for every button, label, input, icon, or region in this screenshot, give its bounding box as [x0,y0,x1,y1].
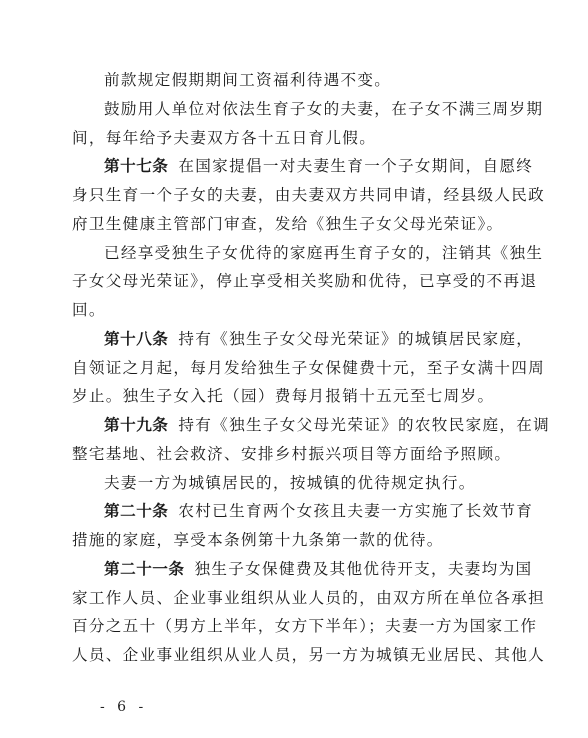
article-heading: 第二十条 [104,502,168,520]
line-text: 子女父母光荣证》，停止享受相关奖励和优待，已享受的不再退 [72,272,537,290]
paragraph-line: 岁止。独生子女入托（园）费每月报销十五元至七周岁。 [72,382,518,411]
paragraph-line: 自领证之月起，每月发给独生子女保健费十元，至子女满十四周 [72,354,518,383]
line-text: 岁止。独生子女入托（园）费每月报销十五元至七周岁。 [72,387,494,405]
paragraph-line: 鼓励用人单位对依法生育子女的夫妻，在子女不满三周岁期 [72,95,518,124]
line-text: 独生子女保健费及其他优待开支，夫妻均为国 [194,560,532,578]
paragraph-line: 夫妻一方为城镇居民的，按城镇的优待规定执行。 [72,469,518,498]
paragraph-line: 身只生育一个子女的夫妻，由夫妻双方共同申请，经县级人民政 [72,181,518,210]
line-text: 措施的家庭，享受本条例第十九条第一款的优待。 [72,531,444,549]
paragraph-line: 前款规定假期期间工资福利待遇不变。 [72,66,518,95]
paragraph-line: 府卫生健康主管部门审查，发给《独生子女父母光荣证》。 [72,210,518,239]
paragraph-line: 第十八条持有《独生子女父母光荣证》的城镇居民家庭， [72,325,518,354]
line-text: 前款规定假期期间工资福利待遇不变。 [104,71,391,89]
line-text: 府卫生健康主管部门审查，发给《独生子女父母光荣证》。 [72,215,503,233]
page-number: - 6 - [100,699,147,715]
paragraph-line: 回。 [72,296,518,325]
paragraph-line: 整宅基地、社会救济、安排乡村振兴项目等方面给予照顾。 [72,440,518,469]
paragraph-line: 第十七条在国家提倡一对夫妻生育一个子女期间，自愿终 [72,152,518,181]
line-text: 农村已生育两个女孩且夫妻一方实施了长效节育 [178,502,533,520]
paragraph-line: 第二十条农村已生育两个女孩且夫妻一方实施了长效节育 [72,497,518,526]
line-text: 回。 [72,301,106,319]
paragraph-line: 已经享受独生子女优待的家庭再生育子女的，注销其《独生 [72,239,518,268]
paragraph-line: 间，每年给予夫妻双方各十五日育儿假。 [72,124,518,153]
line-text: 人员、企业事业组织从业人员，另一方为城镇无业居民、其他人 [72,646,545,664]
line-text: 自领证之月起，每月发给独生子女保健费十元，至子女满十四周 [72,359,545,377]
article-heading: 第十九条 [104,416,168,434]
line-text: 身只生育一个子女的夫妻，由夫妻双方共同申请，经县级人民政 [72,186,545,204]
line-text: 在国家提倡一对夫妻生育一个子女期间，自愿终 [178,157,533,175]
document-page: 前款规定假期期间工资福利待遇不变。 鼓励用人单位对依法生育子女的夫妻，在子女不满… [72,66,518,670]
line-text: 间，每年给予夫妻双方各十五日育儿假。 [72,129,376,147]
paragraph-line: 第二十一条独生子女保健费及其他优待开支，夫妻均为国 [72,555,518,584]
article-heading: 第二十一条 [104,560,184,578]
line-text: 持有《独生子女父母光荣证》的城镇居民家庭， [178,330,533,348]
paragraph-line: 措施的家庭，享受本条例第十九条第一款的优待。 [72,526,518,555]
paragraph-line: 子女父母光荣证》，停止享受相关奖励和优待，已享受的不再退 [72,267,518,296]
paragraph-line: 百分之五十（男方上半年，女方下半年）；夫妻一方为国家工作 [72,612,518,641]
line-text: 整宅基地、社会救济、安排乡村振兴项目等方面给予照顾。 [72,445,511,463]
line-text: 夫妻一方为城镇居民的，按城镇的优待规定执行。 [104,474,476,492]
line-text: 百分之五十（男方上半年，女方下半年）；夫妻一方为国家工作 [72,617,537,635]
line-text: 家工作人员、企业事业组织从业人员的，由双方所在单位各承担 [72,589,545,607]
article-heading: 第十七条 [104,157,168,175]
paragraph-line: 家工作人员、企业事业组织从业人员的，由双方所在单位各承担 [72,584,518,613]
line-text: 已经享受独生子女优待的家庭再生育子女的，注销其《独生 [104,244,543,262]
paragraph-line: 人员、企业事业组织从业人员，另一方为城镇无业居民、其他人 [72,641,518,670]
paragraph-line: 第十九条持有《独生子女父母光荣证》的农牧民家庭，在调 [72,411,518,440]
article-heading: 第十八条 [104,330,168,348]
line-text: 鼓励用人单位对依法生育子女的夫妻，在子女不满三周岁期 [104,100,543,118]
line-text: 持有《独生子女父母光荣证》的农牧民家庭，在调 [178,416,550,434]
